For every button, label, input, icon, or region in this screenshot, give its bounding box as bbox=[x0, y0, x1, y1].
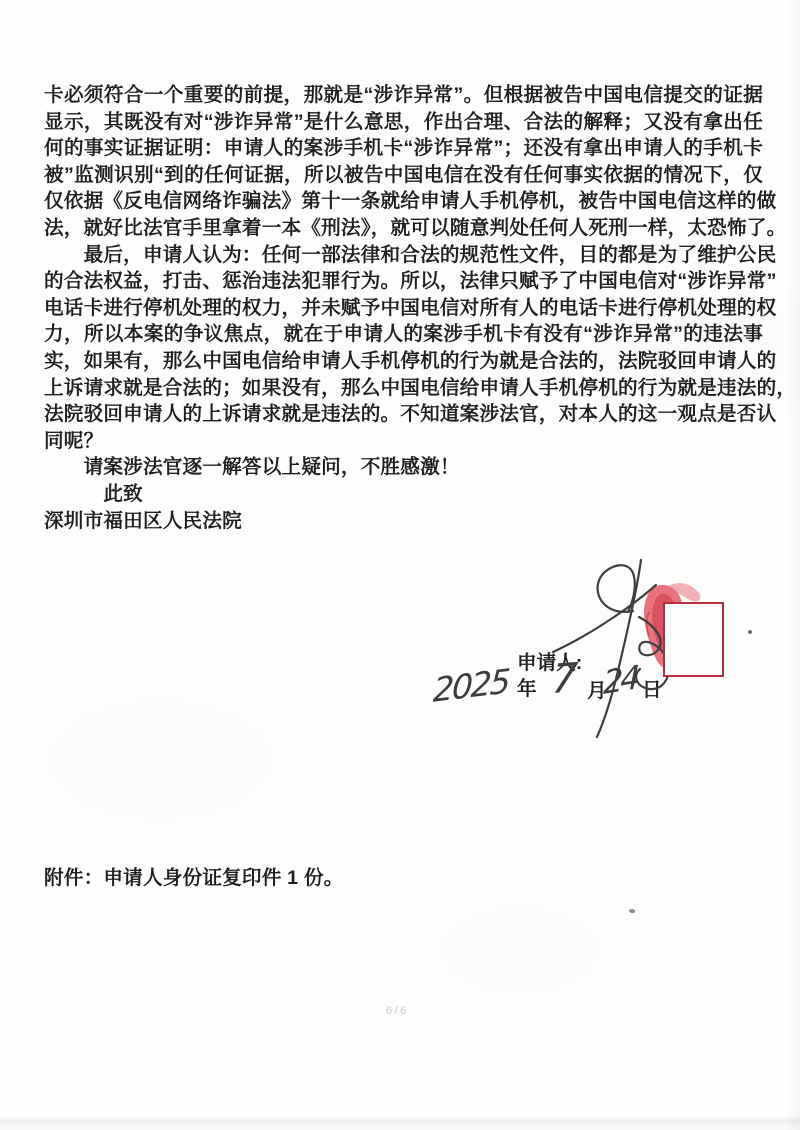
text-line: 法，就好比法官手里拿着一本《刑法》，就可以随意判处任何人死刑一样，太恐怖了。 bbox=[44, 215, 763, 242]
text-line: 何的事实证据证明：申请人的案涉手机卡“涉诈异常”；还没有拿出申请人的手机卡 bbox=[44, 135, 763, 162]
text-line: 深圳市福田区人民法院 bbox=[44, 508, 763, 535]
scanned-document-page: 卡必须符合一个重要的前提，那就是“涉诈异常”。但根据被告中国电信提交的证据显示，… bbox=[0, 0, 800, 1130]
text-line: 显示，其既没有对“涉诈异常”是什么意思，作出合理、合法的解释；又没有拿出任 bbox=[44, 109, 763, 136]
text-line: 法院驳回申请人的上诉请求就是违法的。不知道案涉法官，对本人的这一观点是否认 bbox=[44, 401, 763, 428]
scan-edge-shadow bbox=[786, 0, 800, 1130]
text-line: 电话卡进行停机处理的权力，并未赋予中国电信对所有人的电话卡进行停机处理的权 bbox=[44, 295, 763, 322]
text-line: 最后，申请人认为：任何一部法律和合法的规范性文件，目的都是为了维护公民 bbox=[44, 242, 763, 269]
scan-edge-shadow bbox=[0, 1124, 800, 1130]
scan-speck bbox=[748, 630, 752, 634]
text-line: 同呢？ bbox=[44, 428, 763, 455]
text-line: 力，所以本案的争议焦点，就在于申请人的案涉手机卡有没有“涉诈异常”的违法事 bbox=[44, 321, 763, 348]
attachment-note: 附件：申请人身份证复印件 1 份。 bbox=[44, 861, 344, 890]
text-line: 请案涉法官逐一解答以上疑问，不胜感激！ bbox=[44, 454, 763, 481]
text-line: 上诉请求就是合法的；如果没有，那么中国电信给申请人手机停机的行为就是违法的， bbox=[44, 375, 763, 402]
document-body: 卡必须符合一个重要的前提，那就是“涉诈异常”。但根据被告中国电信提交的证据显示，… bbox=[44, 82, 763, 534]
text-line: 被”监测识别“到的任何证据，所以被告中国电信在没有任何事实依据的情况下，仅 bbox=[44, 162, 763, 189]
text-line: 的合法权益，打击、惩治违法犯罪行为。所以，法律只赋予了中国电信对“涉诈异常” bbox=[44, 268, 763, 295]
text-line: 仅依据《反电信网络诈骗法》第十一条就给申请人手机停机，被告中国电信这样的做 bbox=[44, 188, 763, 215]
text-line: 实，如果有，那么中国电信给申请人手机停机的行为就是合法的，法院驳回申请人的 bbox=[44, 348, 763, 375]
text-line: 此致 bbox=[44, 481, 763, 508]
text-line: 卡必须符合一个重要的前提，那就是“涉诈异常”。但根据被告中国电信提交的证据 bbox=[44, 82, 763, 109]
page-number-footer: 6/6 bbox=[386, 1005, 409, 1017]
